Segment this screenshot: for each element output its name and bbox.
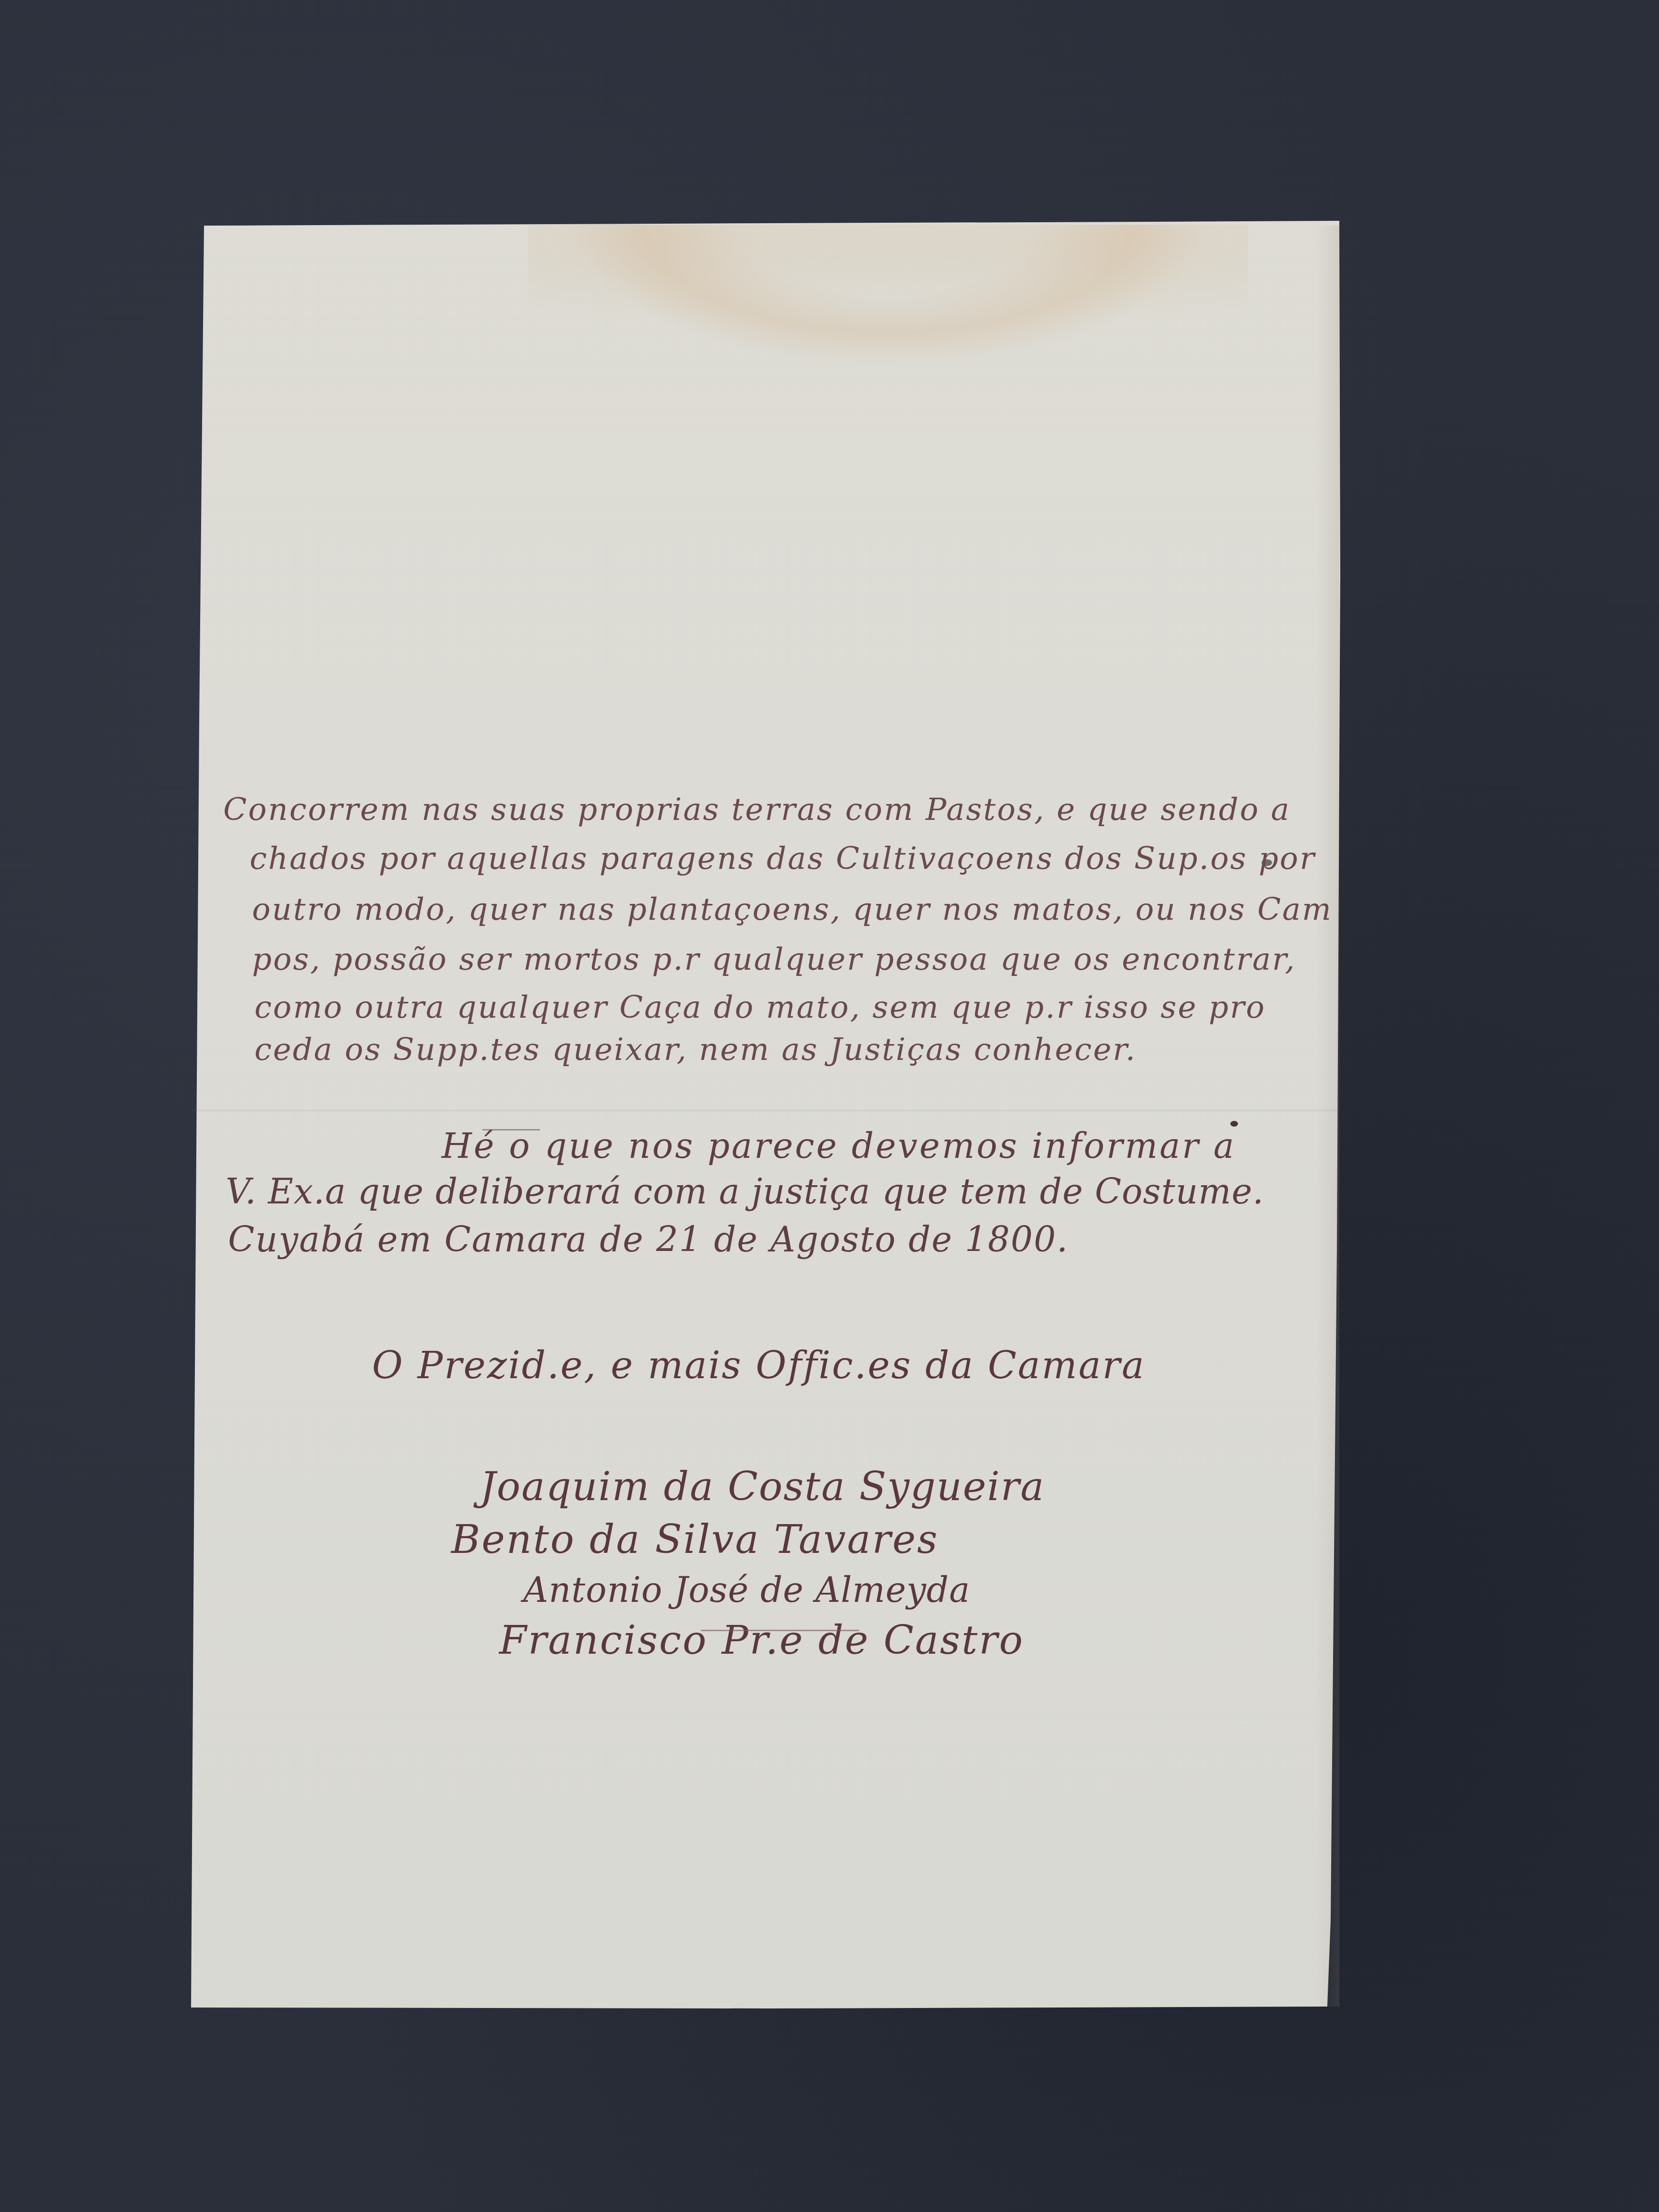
water-stain <box>528 225 1248 383</box>
heading-flourish <box>482 1129 540 1130</box>
body-line-5: como outra qualquer Caça do mato, sem qu… <box>254 990 1266 1025</box>
body-line-3: outro modo, quer nas plantaçoens, quer n… <box>252 892 1333 927</box>
body-line-2: chados por aquellas paragens das Cultiva… <box>250 841 1316 877</box>
signature-2: Bento da Silva Tavares <box>451 1517 939 1563</box>
signature-flourish <box>701 1630 859 1631</box>
signature-3: Antonio José de Almeyda <box>523 1570 970 1610</box>
closing-line-2: V. Ex.a que deliberará com a justiça que… <box>226 1171 1264 1212</box>
page-edge-shade <box>1315 226 1339 2007</box>
fold-line <box>192 1109 1339 1112</box>
body-line-4: pos, possão ser mortos p.r qualquer pess… <box>252 942 1296 977</box>
signature-4: Francisco Pr.e de Castro <box>499 1618 1024 1663</box>
signature-1: Joaquim da Costa Sygueira <box>480 1464 1045 1510</box>
closing-line-1: Hé o que nos parece devemos informar a <box>442 1126 1236 1166</box>
salutation: O Prezid.e, e mais Offic.es da Camara <box>372 1344 1145 1387</box>
closing-line-3: Cuyabá em Camara de 21 de Agosto de 1800… <box>228 1219 1069 1260</box>
body-line-1: Concorrem nas suas proprias terras com P… <box>223 792 1291 828</box>
body-line-6: ceda os Supp.tes queixar, nem as Justiça… <box>254 1032 1137 1068</box>
